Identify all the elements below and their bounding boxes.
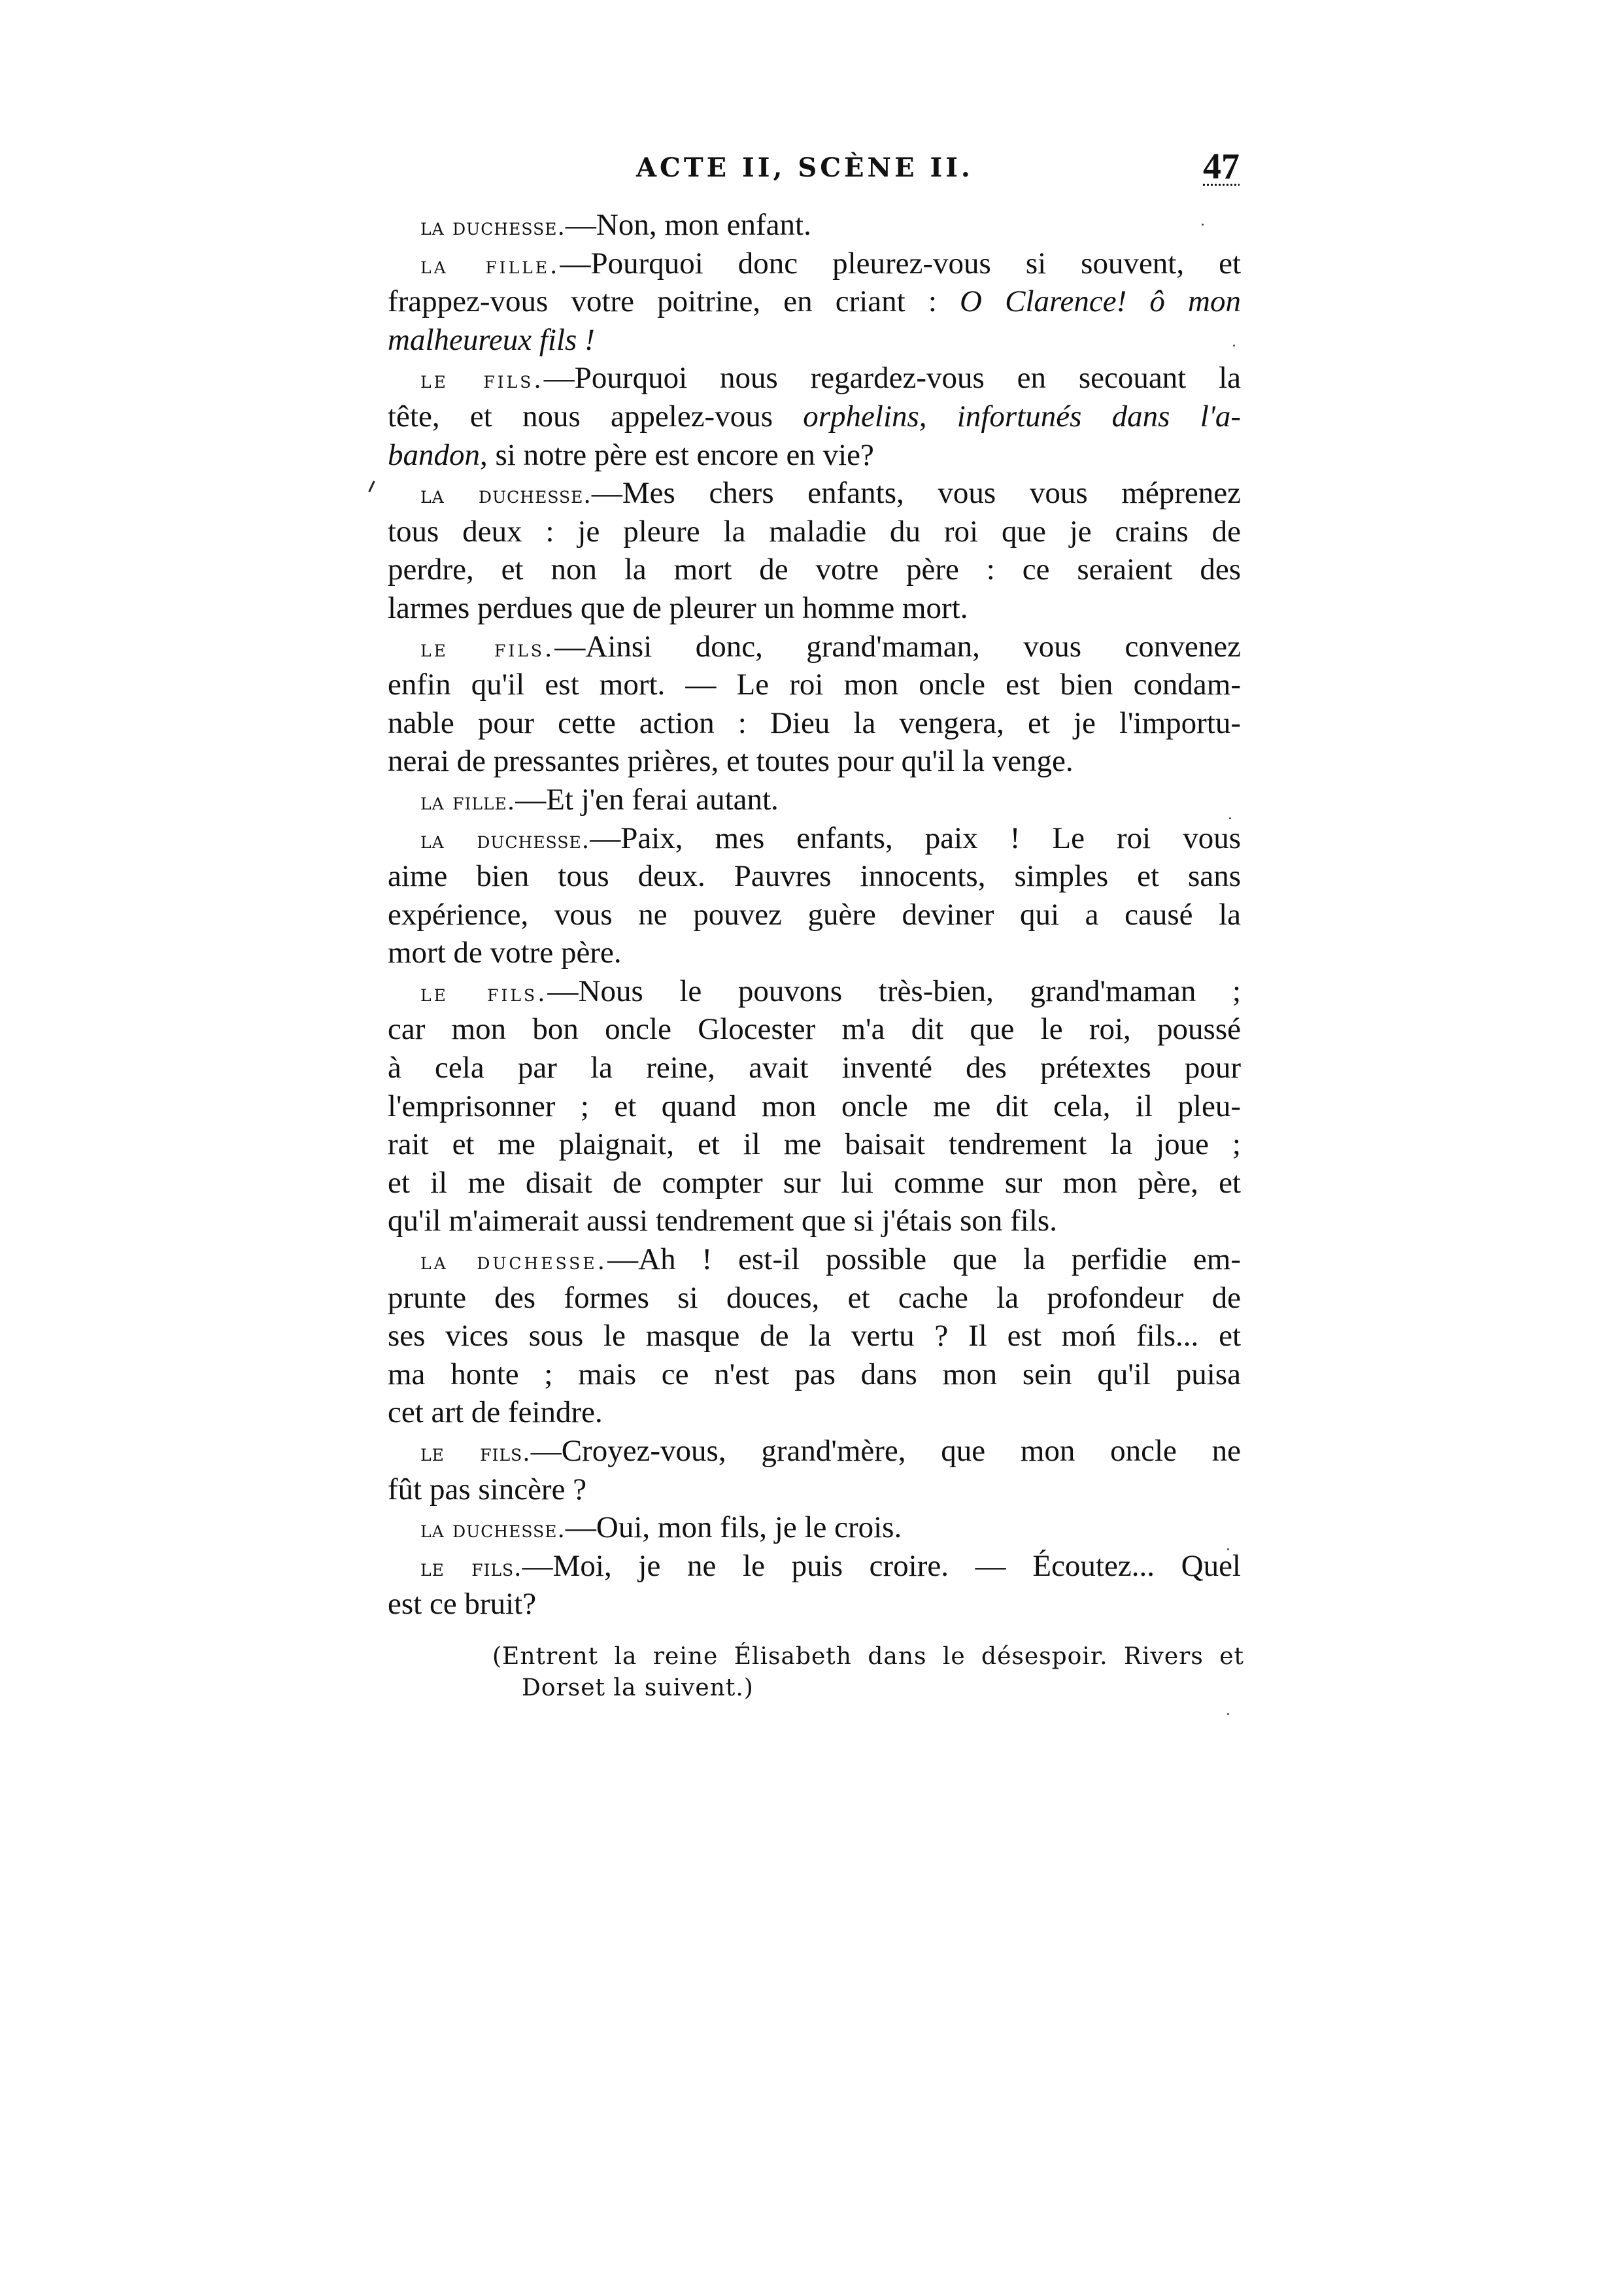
- stage-direction: (Entrent la reine Élisabeth dans le dése…: [492, 1641, 1244, 1704]
- speaker-label: La Fille.: [420, 789, 515, 815]
- speech-line: frappez-vous votre poitrine, en criant :…: [388, 282, 1241, 321]
- speech-line: La Duchesse.—Oui, mon fils, je le crois.: [388, 1508, 1241, 1547]
- speech-line: Le Fils.—Pourquoi nous regardez-vous en …: [388, 359, 1241, 398]
- speech-line: est ce bruit?: [388, 1585, 1241, 1623]
- speech-line: à cela par la reine, avait inventé des p…: [388, 1049, 1241, 1087]
- speech-text: Ainsi donc, grand'maman, vous convenez: [585, 630, 1241, 664]
- speech-line: aime bien tous deux. Pauvres innocents, …: [388, 857, 1241, 896]
- speech-line: expérience, vous ne pouvez guère deviner…: [388, 896, 1241, 934]
- dash: —: [522, 1549, 553, 1583]
- speaker-label: La Duchesse.: [420, 1516, 566, 1543]
- speech-text: Pourquoi donc pleurez-vous si souvent, e…: [590, 246, 1241, 280]
- speech-line: et il me disait de compter sur lui comme…: [388, 1164, 1241, 1202]
- speech-line: enfin qu'il est mort. — Le roi mon oncle…: [388, 666, 1241, 704]
- speech-text: Ah ! est-il possible que la perfidie em-: [638, 1242, 1241, 1276]
- speaker-label: Le Fils.: [420, 1440, 531, 1467]
- speech-text: Croyez-vous, grand'mère, que mon oncle n…: [562, 1434, 1241, 1468]
- speech-line: larmes perdues que de pleurer un homme m…: [388, 589, 1241, 628]
- speech-line: Le Fils.—Ainsi donc, grand'maman, vous c…: [388, 628, 1241, 666]
- scan-artifact-mark: [368, 481, 375, 492]
- speech-text: Et j'en ferai autant.: [546, 783, 779, 817]
- speaker-label: Le Fils.: [420, 636, 554, 662]
- running-head-title: ACTE II, SCÈNE II.: [636, 145, 973, 191]
- speech-text: , si notre père est encore en vie?: [480, 438, 874, 472]
- dash: —: [548, 974, 579, 1008]
- scan-artifact-speck: [1229, 817, 1231, 819]
- stage-direction-line: (Entrent la reine Élisabeth dans le dése…: [492, 1641, 1244, 1673]
- speech-line: tous deux : je pleure la maladie du roi …: [388, 513, 1241, 551]
- speech-line: ses vices sous le masque de la vertu ? I…: [388, 1317, 1241, 1355]
- speech-line: Le Fils.—Nous le pouvons très-bien, gran…: [388, 972, 1241, 1011]
- dash: —: [566, 1510, 596, 1544]
- speech-line: malheureux fils !: [388, 321, 1241, 360]
- speech-italic: bandon: [388, 438, 480, 472]
- speech-text: Non, mon enfant.: [596, 208, 811, 242]
- speech-text: Moi, je ne le puis croire. — Écoutez... …: [553, 1549, 1241, 1583]
- speech-line: cet art de feindre.: [388, 1393, 1241, 1432]
- book-page: ACTE II, SCÈNE II. 47 La Duchesse.—Non, …: [0, 0, 1624, 2295]
- speech-line: Le Fils.—Moi, je ne le puis croire. — Éc…: [388, 1547, 1241, 1586]
- speech-line: rait et me plaignait, et il me baisait t…: [388, 1125, 1241, 1164]
- dash: —: [566, 208, 596, 242]
- speech-text: Paix, mes enfants, paix ! Le roi vous: [620, 821, 1241, 855]
- speech-line: La Duchesse.—Mes chers enfants, vous vou…: [388, 474, 1241, 513]
- speech-line: La Fille.—Et j'en ferai autant.: [388, 781, 1241, 819]
- scan-artifact-speck: [1233, 345, 1235, 347]
- speech-line: nerai de pressantes prières, et toutes p…: [388, 742, 1241, 781]
- speech-text: Mes chers enfants, vous vous méprenez: [622, 476, 1241, 510]
- speaker-label: La Duchesse.: [420, 482, 592, 509]
- dash: —: [544, 361, 575, 395]
- page-number: 47: [1203, 145, 1240, 188]
- dash: —: [592, 476, 622, 510]
- speaker-label: Le Fils.: [420, 980, 548, 1007]
- speech-line: tête, et nous appelez-vous orphelins, in…: [388, 398, 1241, 436]
- dash: —: [554, 630, 585, 664]
- speech-line: mort de votre père.: [388, 934, 1241, 972]
- scan-artifact-speck: [1202, 224, 1204, 226]
- speech-text: Pourquoi nous regardez-vous en secouant …: [575, 361, 1241, 395]
- stage-direction-line: Dorset la suivent.): [492, 1673, 1244, 1704]
- speech-line: perdre, et non la mort de votre père : c…: [388, 551, 1241, 589]
- speech-line: prunte des formes si douces, et cache la…: [388, 1279, 1241, 1317]
- speaker-label: La Fille.: [420, 252, 560, 279]
- dash: —: [590, 821, 620, 855]
- speech-text: Nous le pouvons très-bien, grand'maman ;: [579, 974, 1241, 1008]
- speech-line: bandon, si notre père est encore en vie?: [388, 436, 1241, 475]
- speech-line: car mon bon oncle Glocester m'a dit que …: [388, 1010, 1241, 1049]
- speech-italic: malheureux fils !: [388, 323, 595, 357]
- dialogue-text: La Duchesse.—Non, mon enfant. La Fille.—…: [388, 206, 1241, 1623]
- dash: —: [515, 783, 546, 817]
- dash: —: [531, 1434, 562, 1468]
- speech-line: l'emprisonner ; et quand mon oncle me di…: [388, 1087, 1241, 1126]
- running-head: ACTE II, SCÈNE II. 47: [388, 145, 1241, 191]
- dash: —: [560, 246, 590, 280]
- dash: —: [607, 1242, 638, 1276]
- speaker-label: La Duchesse.: [420, 214, 566, 241]
- speech-line: La Duchesse.—Paix, mes enfants, paix ! L…: [388, 819, 1241, 858]
- speech-text: tête, et nous appelez-vous: [388, 399, 803, 433]
- speaker-label: Le Fils.: [420, 1555, 522, 1582]
- speech-line: fût pas sincère ?: [388, 1470, 1241, 1509]
- speaker-label: La Duchesse.: [420, 827, 590, 854]
- speaker-label: Le Fils.: [420, 367, 544, 394]
- speech-line: La Fille.—Pourquoi donc pleurez-vous si …: [388, 245, 1241, 283]
- speech-line: La Duchesse.—Ah ! est-il possible que la…: [388, 1240, 1241, 1279]
- speaker-label: La Duchesse.: [420, 1248, 607, 1275]
- scan-artifact-speck: [1227, 1548, 1229, 1550]
- speech-text: Oui, mon fils, je le crois.: [596, 1510, 902, 1544]
- speech-line: ma honte ; mais ce n'est pas dans mon se…: [388, 1355, 1241, 1394]
- speech-line: nable pour cette action : Dieu la venger…: [388, 704, 1241, 743]
- speech-italic: O Clarence! ô mon: [960, 284, 1241, 318]
- speech-text: frappez-vous votre poitrine, en criant :: [388, 284, 960, 318]
- speech-line: qu'il m'aimerait aussi tendrement que si…: [388, 1202, 1241, 1240]
- speech-line: Le Fils.—Croyez-vous, grand'mère, que mo…: [388, 1432, 1241, 1470]
- scan-artifact-speck: [1227, 1713, 1229, 1715]
- speech-italic: orphelins, infortunés dans l'a-: [803, 399, 1241, 433]
- speech-line: La Duchesse.—Non, mon enfant.: [388, 206, 1241, 245]
